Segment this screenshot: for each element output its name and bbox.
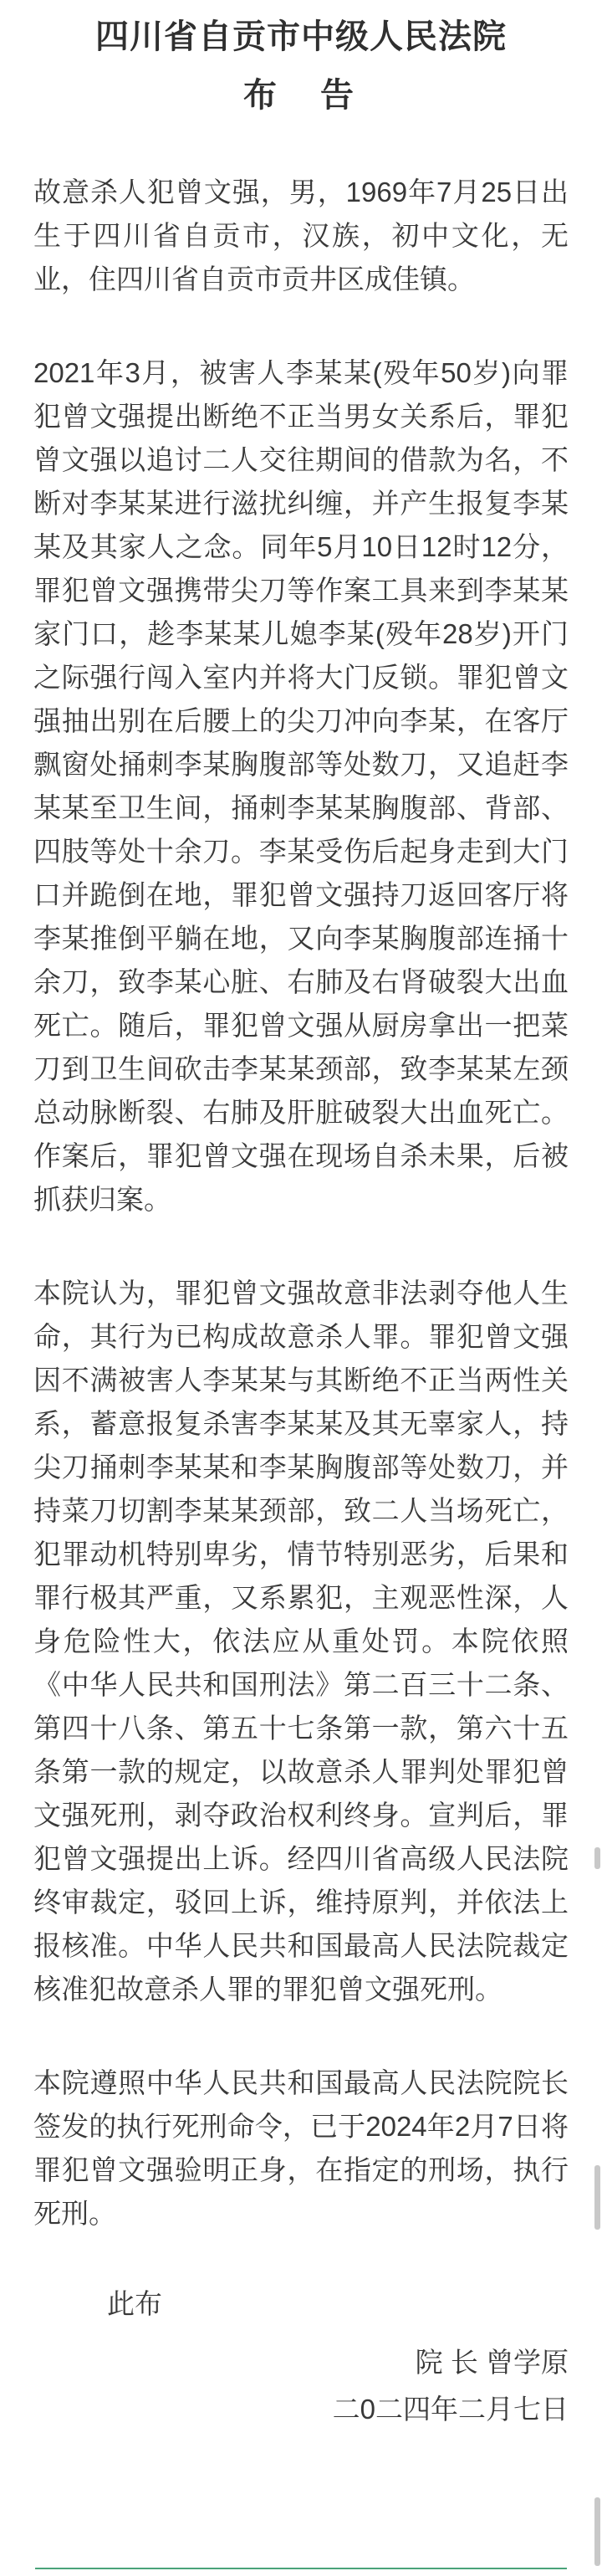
paragraph-crime-facts: 2021年3月，被害人李某某(殁年50岁)向罪犯曾文强提出断绝不正当男女关系后，… bbox=[33, 351, 569, 1221]
president-signature: 院 长 曾学原 bbox=[33, 2341, 569, 2384]
scrollbar-thumb-fragment[interactable] bbox=[594, 2497, 600, 2566]
scrollbar-thumb-fragment[interactable] bbox=[594, 2165, 600, 2230]
paragraph-offender-info: 故意杀人犯曾文强，男，1969年7月25日出生于四川省自贡市，汉族，初中文化，无… bbox=[33, 171, 569, 301]
announcement-content: 四川省自贡市中级人民法院 布 告 故意杀人犯曾文强，男，1969年7月25日出生… bbox=[0, 0, 602, 2431]
court-title: 四川省自贡市中级人民法院 bbox=[33, 13, 569, 60]
closing-phrase: 此布 bbox=[33, 2282, 569, 2326]
announcement-page: 四川省自贡市中级人民法院 布 告 故意杀人犯曾文强，男，1969年7月25日出生… bbox=[0, 0, 602, 2576]
bottom-divider-line bbox=[35, 2568, 567, 2569]
paragraph-court-ruling: 本院认为，罪犯曾文强故意非法剥夺他人生命，其行为已构成故意杀人罪。罪犯曾文强因不… bbox=[33, 1272, 569, 2011]
announcement-date: 二0二四年二月七日 bbox=[33, 2388, 569, 2431]
announcement-title: 布 告 bbox=[33, 72, 569, 119]
scrollbar-thumb-fragment[interactable] bbox=[594, 1847, 600, 1869]
paragraph-execution: 本院遵照中华人民共和国最高人民法院院长签发的执行死刑命令，已于2024年2月7日… bbox=[33, 2061, 569, 2235]
